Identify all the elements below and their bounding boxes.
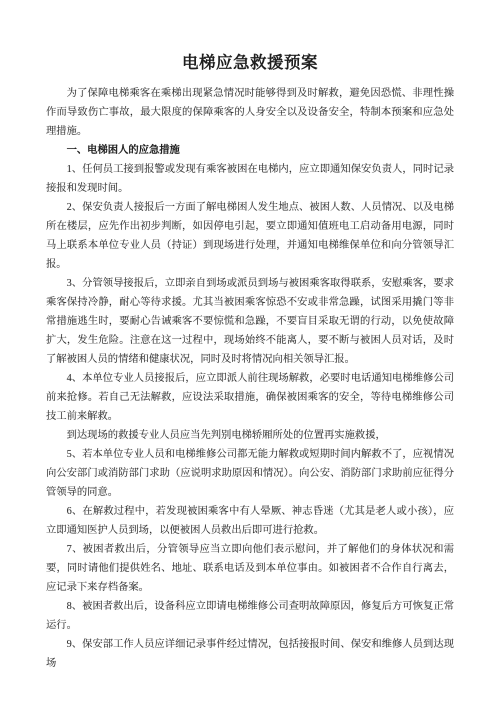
list-item-6: 6、在解救过程中，若发现被困乘客中有人晕厥、神志昏迷（尤其是老人或小孩），应立即… [46,502,454,540]
list-item-7: 7、被困者救出后，分管领导应当立即向他们表示慰问，并了解他们的身体状况和需要，同… [46,540,454,597]
list-item-8: 8、被困者救出后，设备科应立即请电梯维修公司查明故障原因，修复后方可恢复正常运行… [46,597,454,635]
list-item-1: 1、任何员工接到报警或发现有乘客被困在电梯内，应立即通知保安负责人，同时记录接报… [46,160,454,198]
document-body: 电梯应急救援预案 为了保障电梯乘客在乘梯出现紧急情况时能够得到及时解救，避免因恐… [46,0,454,673]
list-item-4: 4、本单位专业人员接报后，应立即派人前往现场解救，必要时电话通知电梯维修公司前来… [46,369,454,426]
list-item-9: 9、保安部工作人员应详细记录事件经过情况，包括接报时间、保安和维修人员到达现场 [46,635,454,673]
list-item-5: 5、若本单位专业人员和电梯维修公司都无能力解救或短期时间内解救不了，应视情况向公… [46,445,454,502]
list-item-2: 2、保安负责人接报后一方面了解电梯困人发生地点、被困人数、人员情况、以及电梯所在… [46,198,454,274]
document-title: 电梯应急救援预案 [46,50,454,76]
section-heading: 一、电梯困人的应急措施 [46,141,454,160]
intro-paragraph: 为了保障电梯乘客在乘梯出现紧急情况时能够得到及时解救，避免因恐慌、非理性操作而导… [46,84,454,141]
rescue-note-paragraph: 到达现场的救援专业人员应当先判别电梯轿厢所处的位置再实施救援， [46,426,454,445]
list-item-3: 3、分管领导接报后，立即亲自到场或派员到场与被困乘客取得联系，安慰乘客，要求乘客… [46,274,454,369]
document-page: 电梯应急救援预案 为了保障电梯乘客在乘梯出现紧急情况时能够得到及时解救，避免因恐… [0,0,500,707]
